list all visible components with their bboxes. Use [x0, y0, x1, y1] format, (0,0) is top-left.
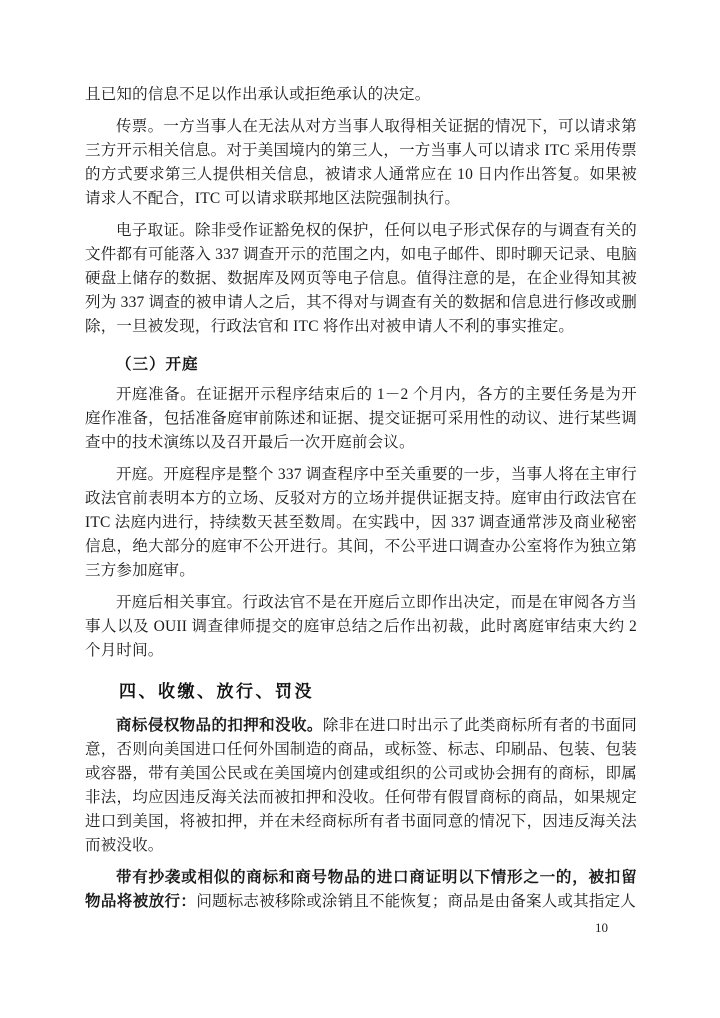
paragraph-text: 除非在进口时出示了此类商标所有者的书面同意，否则向美国进口任何外国制造的商品，或…	[85, 717, 637, 854]
paragraph: 传票。一方当事人在无法从对方当事人取得相关证据的情况下，可以请求第三方开示相关信…	[85, 115, 637, 211]
section-heading: （三）开庭	[85, 353, 637, 377]
paragraph: 且已知的信息不足以作出承认或拒绝承认的决定。	[85, 83, 637, 107]
paragraph-bold-lead: 商标侵权物品的扣押和没收。	[116, 717, 323, 734]
page-number: 10	[595, 920, 608, 936]
document-content: 且已知的信息不足以作出承认或拒绝承认的决定。传票。一方当事人在无法从对方当事人取…	[85, 83, 637, 922]
paragraph: 开庭。开庭程序是整个 337 调查程序中至关重要的一步，当事人将在主审行政法官前…	[85, 463, 637, 583]
section-heading: 四、收缴、放行、罚没	[85, 679, 637, 704]
paragraph: 带有抄袭或相似的商标和商号物品的进口商证明以下情形之一的，被扣留物品将被放行：问…	[85, 866, 637, 914]
paragraph: 商标侵权物品的扣押和没收。除非在进口时出示了此类商标所有者的书面同意，否则向美国…	[85, 714, 637, 858]
paragraph-text: 问题标志被移除或涂销且不能恢复；商品是由备案人或其指定人	[196, 893, 636, 910]
document-page: 且已知的信息不足以作出承认或拒绝承认的决定。传票。一方当事人在无法从对方当事人取…	[0, 0, 720, 1018]
paragraph: 开庭后相关事宜。行政法官不是在开庭后立即作出决定，而是在审阅各方当事人以及 OU…	[85, 591, 637, 663]
paragraph: 电子取证。除非受作证豁免权的保护，任何以电子形式保存的与调查有关的文件都有可能落…	[85, 219, 637, 339]
paragraph: 开庭准备。在证据开示程序结束后的 1－2 个月内，各方的主要任务是为开庭作准备，…	[85, 383, 637, 455]
